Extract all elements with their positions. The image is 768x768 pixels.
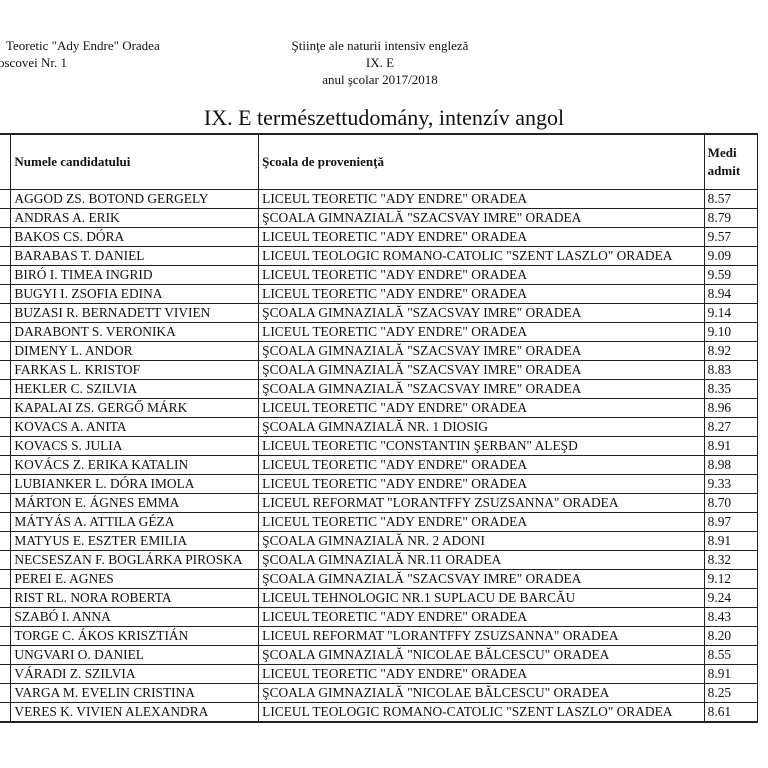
origin-school-cell: ŞCOALA GIMNAZIALĂ "SZACSVAY IMRE" ORADEA [259, 209, 705, 228]
row-index-cell [0, 494, 11, 513]
row-index-cell [0, 665, 11, 684]
table-row: AGGOD ZS. BOTOND GERGELYLICEUL TEORETIC … [0, 190, 758, 209]
table-row: MÁTYÁS A. ATTILA GÉZALICEUL TEORETIC "AD… [0, 513, 758, 532]
admission-average-cell: 8.61 [704, 703, 757, 723]
admission-average-cell: 8.92 [704, 342, 757, 361]
candidate-name-cell: KAPALAI ZS. GERGŐ MÁRK [11, 399, 259, 418]
admission-average-cell: 9.57 [704, 228, 757, 247]
candidate-name-cell: MÁRTON E. ÁGNES EMMA [11, 494, 259, 513]
row-index-cell [0, 323, 11, 342]
profile-label: Ştiinţe ale naturii intensiv engleză [260, 37, 500, 54]
table-row: DARABONT S. VERONIKALICEUL TEORETIC "ADY… [0, 323, 758, 342]
origin-school-cell: LICEUL TEHNOLOGIC NR.1 SUPLACU DE BARCĂU [259, 589, 705, 608]
origin-school-cell: ŞCOALA GIMNAZIALĂ "SZACSVAY IMRE" ORADEA [259, 342, 705, 361]
candidate-name-cell: SZABÓ I. ANNA [11, 608, 259, 627]
row-index-cell [0, 418, 11, 437]
column-header-index [0, 134, 11, 190]
candidate-name-cell: PEREI E. AGNES [11, 570, 259, 589]
candidate-name-cell: KOVÁCS Z. ERIKA KATALIN [11, 456, 259, 475]
origin-school-cell: LICEUL TEORETIC "ADY ENDRE" ORADEA [259, 513, 705, 532]
row-index-cell [0, 475, 11, 494]
row-index-cell [0, 608, 11, 627]
table-row: VÁRADI Z. SZILVIALICEUL TEORETIC "ADY EN… [0, 665, 758, 684]
table-row: VERES K. VIVIEN ALEXANDRALICEUL TEOLOGIC… [0, 703, 758, 723]
admission-average-cell: 9.33 [704, 475, 757, 494]
admission-average-cell: 9.24 [704, 589, 757, 608]
admission-average-cell: 9.59 [704, 266, 757, 285]
candidate-name-cell: FARKAS L. KRISTOF [11, 361, 259, 380]
admission-average-cell: 8.91 [704, 532, 757, 551]
admission-average-cell: 8.83 [704, 361, 757, 380]
school-address: oscovei Nr. 1 [0, 54, 67, 71]
admission-average-cell: 8.35 [704, 380, 757, 399]
row-index-cell [0, 646, 11, 665]
row-index-cell [0, 190, 11, 209]
row-index-cell [0, 399, 11, 418]
candidate-name-cell: DIMENY L. ANDOR [11, 342, 259, 361]
table-row: RIST RL. NORA ROBERTALICEUL TEHNOLOGIC N… [0, 589, 758, 608]
origin-school-cell: LICEUL TEORETIC "ADY ENDRE" ORADEA [259, 190, 705, 209]
row-index-cell [0, 684, 11, 703]
candidate-name-cell: BIRÓ I. TIMEA INGRID [11, 266, 259, 285]
table-row: BARABAS T. DANIELLICEUL TEOLOGIC ROMANO-… [0, 247, 758, 266]
origin-school-cell: LICEUL TEORETIC "ADY ENDRE" ORADEA [259, 665, 705, 684]
table-title: IX. E természettudomány, intenzív angol [0, 103, 768, 133]
row-index-cell [0, 285, 11, 304]
origin-school-cell: LICEUL TEORETIC "ADY ENDRE" ORADEA [259, 399, 705, 418]
table-row: MATYUS E. ESZTER EMILIAŞCOALA GIMNAZIALĂ… [0, 532, 758, 551]
origin-school-cell: ŞCOALA GIMNAZIALĂ NR. 2 ADONI [259, 532, 705, 551]
candidate-name-cell: HEKLER C. SZILVIA [11, 380, 259, 399]
candidate-name-cell: RIST RL. NORA ROBERTA [11, 589, 259, 608]
candidate-name-cell: KOVACS A. ANITA [11, 418, 259, 437]
origin-school-cell: ŞCOALA GIMNAZIALĂ NR.11 ORADEA [259, 551, 705, 570]
table-row: MÁRTON E. ÁGNES EMMALICEUL REFORMAT "LOR… [0, 494, 758, 513]
origin-school-cell: LICEUL TEORETIC "CONSTANTIN ŞERBAN" ALEŞ… [259, 437, 705, 456]
row-index-cell [0, 513, 11, 532]
table-row: LUBIANKER L. DÓRA IMOLALICEUL TEORETIC "… [0, 475, 758, 494]
table-row: NECSESZAN F. BOGLÁRKA PIROSKAŞCOALA GIMN… [0, 551, 758, 570]
column-header-average: Medi admit [704, 134, 757, 190]
row-index-cell [0, 570, 11, 589]
table-row: KOVACS A. ANITAŞCOALA GIMNAZIALĂ NR. 1 D… [0, 418, 758, 437]
admission-average-cell: 8.97 [704, 513, 757, 532]
admission-average-cell: 8.94 [704, 285, 757, 304]
class-label: IX. E [260, 54, 500, 71]
row-index-cell [0, 247, 11, 266]
column-header-average-line2: admit [708, 163, 741, 178]
admission-average-cell: 9.14 [704, 304, 757, 323]
candidate-name-cell: ANDRAS A. ERIK [11, 209, 259, 228]
table-row: ANDRAS A. ERIKŞCOALA GIMNAZIALĂ "SZACSVA… [0, 209, 758, 228]
row-index-cell [0, 437, 11, 456]
origin-school-cell: ŞCOALA GIMNAZIALĂ "SZACSVAY IMRE" ORADEA [259, 570, 705, 589]
origin-school-cell: LICEUL TEOLOGIC ROMANO-CATOLIC "SZENT LA… [259, 703, 705, 723]
school-year-label: anul şcolar 2017/2018 [260, 71, 500, 88]
row-index-cell [0, 266, 11, 285]
table-row: KOVACS S. JULIALICEUL TEORETIC "CONSTANT… [0, 437, 758, 456]
admission-average-cell: 8.91 [704, 665, 757, 684]
origin-school-cell: ŞCOALA GIMNAZIALĂ "NICOLAE BĂLCESCU" ORA… [259, 646, 705, 665]
table-row: SZABÓ I. ANNALICEUL TEORETIC "ADY ENDRE"… [0, 608, 758, 627]
table-row: TORGE C. ÁKOS KRISZTIÁNLICEUL REFORMAT "… [0, 627, 758, 646]
row-index-cell [0, 532, 11, 551]
row-index-cell [0, 703, 11, 723]
column-header-name: Numele candidatului [11, 134, 259, 190]
admission-average-cell: 8.43 [704, 608, 757, 627]
origin-school-cell: LICEUL TEORETIC "ADY ENDRE" ORADEA [259, 228, 705, 247]
origin-school-cell: LICEUL TEOLOGIC ROMANO-CATOLIC "SZENT LA… [259, 247, 705, 266]
table-row: KOVÁCS Z. ERIKA KATALINLICEUL TEORETIC "… [0, 456, 758, 475]
table-row: BUGYI I. ZSOFIA EDINALICEUL TEORETIC "AD… [0, 285, 758, 304]
candidate-name-cell: AGGOD ZS. BOTOND GERGELY [11, 190, 259, 209]
table-header-row: Numele candidatului Şcoala de provenienţ… [0, 134, 758, 190]
admission-average-cell: 8.98 [704, 456, 757, 475]
table-row: FARKAS L. KRISTOFŞCOALA GIMNAZIALĂ "SZAC… [0, 361, 758, 380]
admission-average-cell: 8.55 [704, 646, 757, 665]
table-row: BAKOS CS. DÓRALICEUL TEORETIC "ADY ENDRE… [0, 228, 758, 247]
row-index-cell [0, 361, 11, 380]
admission-average-cell: 9.12 [704, 570, 757, 589]
admission-average-cell: 8.25 [704, 684, 757, 703]
row-index-cell [0, 589, 11, 608]
admission-average-cell: 8.57 [704, 190, 757, 209]
column-header-average-line1: Medi [708, 145, 737, 160]
table-row: DIMENY L. ANDORŞCOALA GIMNAZIALĂ "SZACSV… [0, 342, 758, 361]
origin-school-cell: LICEUL TEORETIC "ADY ENDRE" ORADEA [259, 266, 705, 285]
origin-school-cell: LICEUL TEORETIC "ADY ENDRE" ORADEA [259, 475, 705, 494]
admission-table: Numele candidatului Şcoala de provenienţ… [0, 133, 758, 723]
origin-school-cell: ŞCOALA GIMNAZIALĂ "SZACSVAY IMRE" ORADEA [259, 380, 705, 399]
table-row: HEKLER C. SZILVIAŞCOALA GIMNAZIALĂ "SZAC… [0, 380, 758, 399]
candidate-name-cell: UNGVARI O. DANIEL [11, 646, 259, 665]
candidate-name-cell: BUZASI R. BERNADETT VIVIEN [11, 304, 259, 323]
row-index-cell [0, 228, 11, 247]
origin-school-cell: ŞCOALA GIMNAZIALĂ "NICOLAE BĂLCESCU" ORA… [259, 684, 705, 703]
candidate-name-cell: DARABONT S. VERONIKA [11, 323, 259, 342]
origin-school-cell: ŞCOALA GIMNAZIALĂ NR. 1 DIOSIG [259, 418, 705, 437]
row-index-cell [0, 342, 11, 361]
admission-average-cell: 9.10 [704, 323, 757, 342]
admission-average-cell: 8.27 [704, 418, 757, 437]
table-row: BIRÓ I. TIMEA INGRIDLICEUL TEORETIC "ADY… [0, 266, 758, 285]
school-name: Teoretic "Ady Endre" Oradea [6, 37, 160, 54]
admission-average-cell: 8.32 [704, 551, 757, 570]
admission-average-cell: 8.20 [704, 627, 757, 646]
admission-average-cell: 9.09 [704, 247, 757, 266]
table-row: PEREI E. AGNESŞCOALA GIMNAZIALĂ "SZACSVA… [0, 570, 758, 589]
row-index-cell [0, 209, 11, 228]
table-row: BUZASI R. BERNADETT VIVIENŞCOALA GIMNAZI… [0, 304, 758, 323]
candidate-name-cell: VERES K. VIVIEN ALEXANDRA [11, 703, 259, 723]
candidate-name-cell: BARABAS T. DANIEL [11, 247, 259, 266]
candidate-name-cell: MÁTYÁS A. ATTILA GÉZA [11, 513, 259, 532]
candidate-name-cell: MATYUS E. ESZTER EMILIA [11, 532, 259, 551]
origin-school-cell: LICEUL TEORETIC "ADY ENDRE" ORADEA [259, 608, 705, 627]
row-index-cell [0, 456, 11, 475]
column-header-school: Şcoala de provenienţă [259, 134, 705, 190]
admission-average-cell: 8.96 [704, 399, 757, 418]
row-index-cell [0, 304, 11, 323]
origin-school-cell: LICEUL TEORETIC "ADY ENDRE" ORADEA [259, 285, 705, 304]
origin-school-cell: LICEUL TEORETIC "ADY ENDRE" ORADEA [259, 456, 705, 475]
row-index-cell [0, 380, 11, 399]
origin-school-cell: LICEUL TEORETIC "ADY ENDRE" ORADEA [259, 323, 705, 342]
candidate-name-cell: BAKOS CS. DÓRA [11, 228, 259, 247]
candidate-name-cell: VÁRADI Z. SZILVIA [11, 665, 259, 684]
candidate-name-cell: LUBIANKER L. DÓRA IMOLA [11, 475, 259, 494]
admission-average-cell: 8.91 [704, 437, 757, 456]
origin-school-cell: ŞCOALA GIMNAZIALĂ "SZACSVAY IMRE" ORADEA [259, 304, 705, 323]
table-row: VARGA M. EVELIN CRISTINAŞCOALA GIMNAZIAL… [0, 684, 758, 703]
origin-school-cell: LICEUL REFORMAT "LORANTFFY ZSUZSANNA" OR… [259, 494, 705, 513]
admission-average-cell: 8.70 [704, 494, 757, 513]
origin-school-cell: ŞCOALA GIMNAZIALĂ "SZACSVAY IMRE" ORADEA [259, 361, 705, 380]
candidate-name-cell: KOVACS S. JULIA [11, 437, 259, 456]
candidate-name-cell: VARGA M. EVELIN CRISTINA [11, 684, 259, 703]
candidate-name-cell: NECSESZAN F. BOGLÁRKA PIROSKA [11, 551, 259, 570]
origin-school-cell: LICEUL REFORMAT "LORANTFFY ZSUZSANNA" OR… [259, 627, 705, 646]
admission-average-cell: 8.79 [704, 209, 757, 228]
row-index-cell [0, 627, 11, 646]
table-row: UNGVARI O. DANIELŞCOALA GIMNAZIALĂ "NICO… [0, 646, 758, 665]
candidate-name-cell: BUGYI I. ZSOFIA EDINA [11, 285, 259, 304]
table-row: KAPALAI ZS. GERGŐ MÁRKLICEUL TEORETIC "A… [0, 399, 758, 418]
candidate-name-cell: TORGE C. ÁKOS KRISZTIÁN [11, 627, 259, 646]
row-index-cell [0, 551, 11, 570]
